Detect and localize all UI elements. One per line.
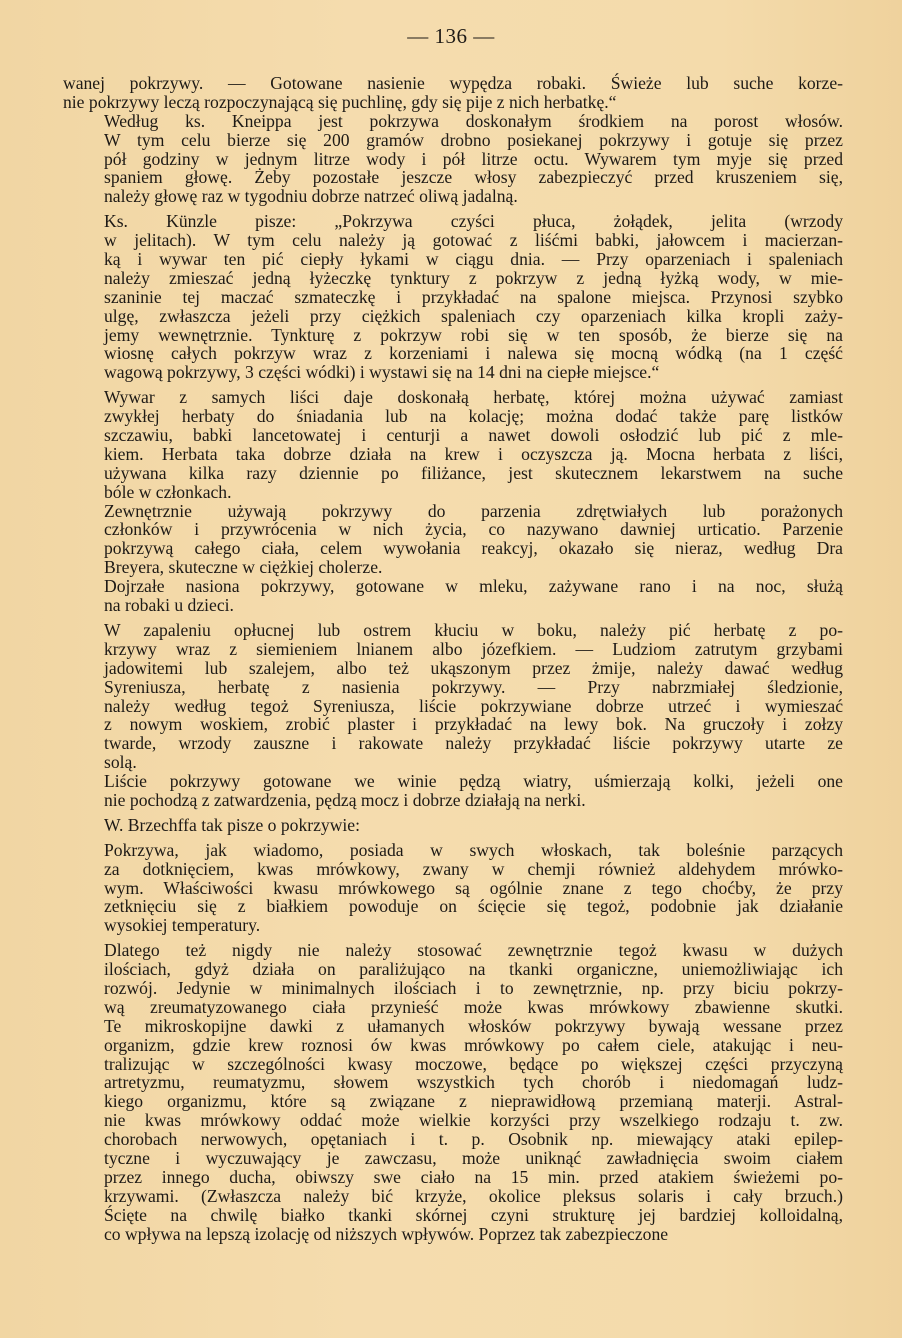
- text-line: wiosnę całych pokrzyw wraz z korzeniami …: [63, 344, 843, 363]
- text-line: nie pokrzywy leczą rozpoczynającą się pu…: [63, 93, 843, 112]
- text-line: należy zmieszać jedną łyżeczkę tynktury …: [63, 269, 843, 288]
- text-line: Syreniusza, herbatę z nasienia pokrzywy.…: [63, 678, 843, 697]
- text-line: bóle w członkach.: [63, 483, 843, 502]
- text-line: Dojrzałe nasiona pokrzywy, gotowane w ml…: [63, 577, 843, 596]
- text-line: tyczne i wyczuwający je zawczasu, może u…: [63, 1149, 843, 1168]
- text-line: na robaki u dzieci.: [63, 596, 843, 615]
- text-line: zwykłej herbaty do śniadania lub na kola…: [63, 407, 843, 426]
- text-line: W zapaleniu opłucnej lub ostrem kłuciu w…: [63, 621, 843, 640]
- text-line: należy głowę raz w tygodniu dobrze natrz…: [63, 187, 843, 206]
- text-line: Dlatego też nigdy nie należy stosować ze…: [63, 941, 843, 960]
- text-line: nie kwas mrówkowy oddać może wielkie kor…: [63, 1111, 843, 1130]
- text-line: Ścięte na chwilę białko tkanki skórnej c…: [63, 1206, 843, 1225]
- text-line: kiego organizmu, które są związane z nie…: [63, 1092, 843, 1111]
- paragraph: Dlatego też nigdy nie należy stosować ze…: [63, 941, 843, 1243]
- paragraph: Ks. Künzle pisze: „Pokrzywa czyści płuca…: [63, 212, 843, 382]
- paragraph: W. Brzechffa tak pisze o pokrzywie:: [63, 816, 843, 835]
- text-line: pokrzywą całego ciała, celem wywołania r…: [63, 539, 843, 558]
- text-line: krzywy wraz z siemieniem lnianem albo jó…: [63, 640, 843, 659]
- paragraph: Według ks. Kneippa jest pokrzywa doskona…: [63, 112, 843, 206]
- paragraph: Zewnętrznie używają pokrzywy do parzenia…: [63, 502, 843, 578]
- text-line: zetknięciu się z białkiem powoduje on śc…: [63, 897, 843, 916]
- paragraph: Wywar z samych liści daje doskonałą herb…: [63, 388, 843, 501]
- text-line: artretyzmu, reumatyzmu, słowem wszystkic…: [63, 1073, 843, 1092]
- paragraph: wanej pokrzywy. — Gotowane nasienie wypę…: [63, 74, 843, 112]
- text-line: członków i przywrócenia w nich życia, co…: [63, 520, 843, 539]
- text-line: przez innego ducha, obiwszy swe ciało na…: [63, 1168, 843, 1187]
- text-line: ką i wywar ten pić ciepły łykami w ciągu…: [63, 250, 843, 269]
- text-line: używana kilka razy dziennie po filiżance…: [63, 464, 843, 483]
- text-line: jemy wewnętrznie. Tynkturę z pokrzyw rob…: [63, 326, 843, 345]
- text-line: W. Brzechffa tak pisze o pokrzywie:: [63, 816, 843, 835]
- scanned-book-page: — 136 — wanej pokrzywy. — Gotowane nasie…: [0, 0, 902, 1338]
- text-line: Te mikroskopijne dawki z ułamanych włosk…: [63, 1017, 843, 1036]
- text-line: Według ks. Kneippa jest pokrzywa doskona…: [63, 112, 843, 131]
- text-line: ilościach, gdyż działa on paraliżująco n…: [63, 960, 843, 979]
- text-line: szczawiu, babki lancetowatej i centurji …: [63, 426, 843, 445]
- text-line: szaninie tej maczać szmateczkę i przykła…: [63, 288, 843, 307]
- text-line: solą.: [63, 753, 843, 772]
- text-line: spaniem głowę. Żeby pozostałe jeszcze wł…: [63, 168, 843, 187]
- paragraph: W zapaleniu opłucnej lub ostrem kłuciu w…: [63, 621, 843, 772]
- text-line: należy według tegoż Syreniusza, liście p…: [63, 697, 843, 716]
- text-line: Liście pokrzywy gotowane we winie pędzą …: [63, 772, 843, 791]
- text-line: Zewnętrznie używają pokrzywy do parzenia…: [63, 502, 843, 521]
- text-line: Pokrzywa, jak wiadomo, posiada w swych w…: [63, 841, 843, 860]
- text-line: wagową pokrzywy, 3 części wódki) i wysta…: [63, 363, 843, 382]
- text-line: tralizując w szczególności kwasy moczowe…: [63, 1055, 843, 1074]
- text-line: chorobach nerwowych, opętaniach i t. p. …: [63, 1130, 843, 1149]
- paragraph: Liście pokrzywy gotowane we winie pędzą …: [63, 772, 843, 810]
- page-number: — 136 —: [0, 24, 902, 49]
- text-line: wą zreumatyzowanego ciała przynieść może…: [63, 998, 843, 1017]
- text-line: kiem. Herbata taka dobrze działa na krew…: [63, 445, 843, 464]
- paragraph: Dojrzałe nasiona pokrzywy, gotowane w ml…: [63, 577, 843, 615]
- text-line: W tym celu bierze się 200 gramów drobno …: [63, 131, 843, 150]
- paragraph: Pokrzywa, jak wiadomo, posiada w swych w…: [63, 841, 843, 935]
- text-line: wysokiej temperatury.: [63, 916, 843, 935]
- text-line: z nowym woskiem, zrobić plaster i przykł…: [63, 715, 843, 734]
- text-line: rozwój. Jedynie w minimalnych ilościach …: [63, 979, 843, 998]
- text-line: twarde, wrzody zauszne i rakowate należy…: [63, 734, 843, 753]
- text-line: nie pochodzą z zatwardzenia, pędzą mocz …: [63, 791, 843, 810]
- text-line: Ks. Künzle pisze: „Pokrzywa czyści płuca…: [63, 212, 843, 231]
- text-line: krzywami. (Zwłaszcza należy bić krzyże, …: [63, 1187, 843, 1206]
- text-line: co wpływa na lepszą izolację od niższych…: [63, 1225, 843, 1244]
- body-text: wanej pokrzywy. — Gotowane nasienie wypę…: [63, 74, 843, 1243]
- text-line: w jelitach). W tym celu należy ją gotowa…: [63, 231, 843, 250]
- text-line: organizm, gdzie krew roznosi ów kwas mró…: [63, 1036, 843, 1055]
- text-line: Wywar z samych liści daje doskonałą herb…: [63, 388, 843, 407]
- text-line: za dotknięciem, kwas mrówkowy, zwany w c…: [63, 860, 843, 879]
- text-line: ulgę, zwłaszcza jeżeli przy ciężkich spa…: [63, 307, 843, 326]
- text-line: jadowitemi lub szalejem, albo też ukąszo…: [63, 659, 843, 678]
- text-line: Breyera, skuteczne w ciężkiej cholerze.: [63, 558, 843, 577]
- text-line: wanej pokrzywy. — Gotowane nasienie wypę…: [63, 74, 843, 93]
- text-line: pół godziny w jednym litrze wody i pół l…: [63, 150, 843, 169]
- text-line: wym. Właściwości kwasu mrówkowego są ogó…: [63, 879, 843, 898]
